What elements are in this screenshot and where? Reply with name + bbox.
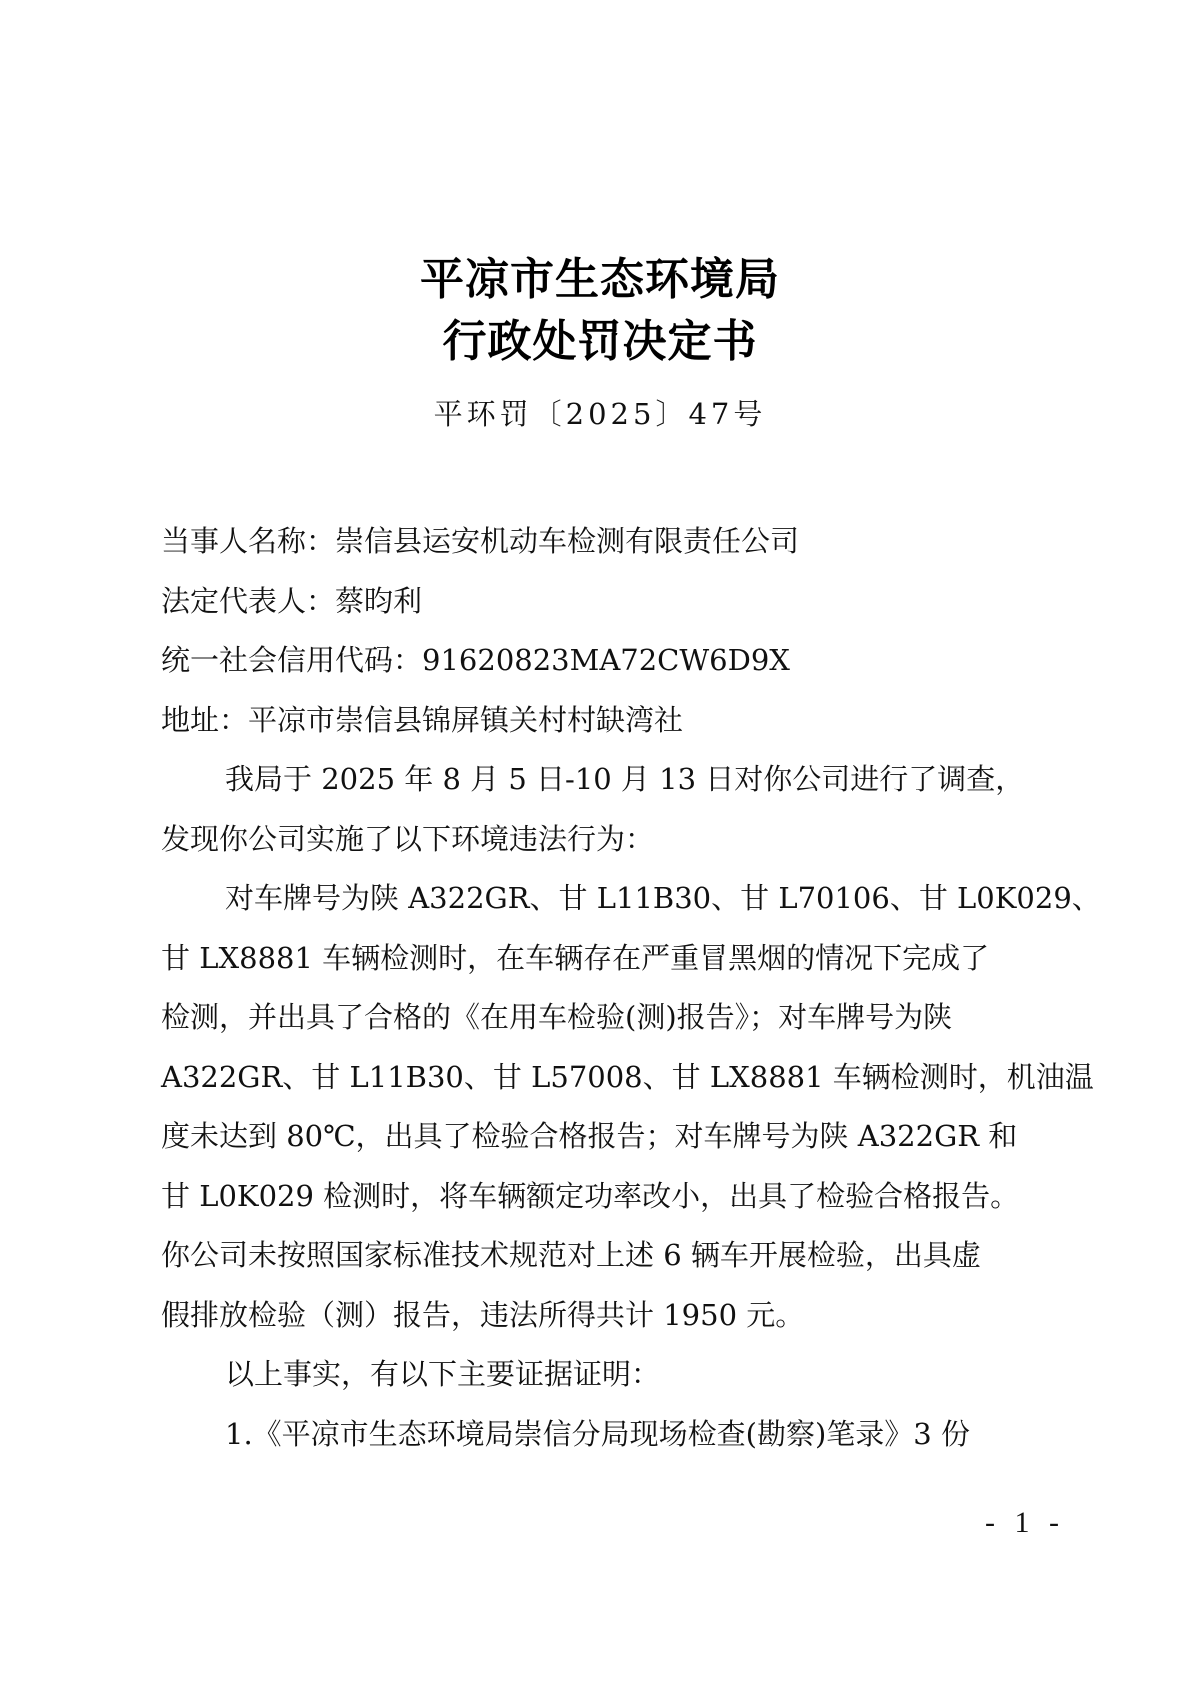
party-name-label: 当事人名称： [161, 524, 335, 558]
address-value: 平凉市崇信县锦屏镇关村村缺湾社 [248, 703, 683, 737]
legal-rep-row: 法定代表人：蔡昀利 [161, 572, 1050, 632]
address-label: 地址： [161, 703, 248, 737]
paragraph-line: 我局于 2025 年 8 月 5 日-10 月 13 日对你公司进行了调查， [161, 750, 1050, 810]
paragraph-line: 发现你公司实施了以下环境违法行为： [161, 810, 1050, 870]
page-title-agency: 平凉市生态环境局 [0, 250, 1200, 310]
address-row: 地址：平凉市崇信县锦屏镇关村村缺湾社 [161, 691, 1050, 751]
evidence-item: 1.《平凉市生态环境局崇信分局现场检查(勘察)笔录》3 份 [161, 1405, 1050, 1465]
legal-rep-value: 蔡昀利 [335, 584, 422, 618]
document-body: 当事人名称：崇信县运安机动车检测有限责任公司 法定代表人：蔡昀利 统一社会信用代… [161, 512, 1050, 1464]
party-name-row: 当事人名称：崇信县运安机动车检测有限责任公司 [161, 512, 1050, 572]
party-name-value: 崇信县运安机动车检测有限责任公司 [335, 524, 799, 558]
page-number: - 1 - [985, 1506, 1065, 1540]
paragraph-line: 度未达到 80℃，出具了检验合格报告；对车牌号为陕 A322GR 和 [161, 1107, 1050, 1167]
document-number: 平环罚〔2025〕47号 [0, 392, 1200, 433]
credit-code-row: 统一社会信用代码：91620823MA72CW6D9X [161, 631, 1050, 691]
credit-code-value: 91620823MA72CW6D9X [422, 643, 790, 677]
paragraph-line: 你公司未按照国家标准技术规范对上述 6 辆车开展检验，出具虚 [161, 1226, 1050, 1286]
credit-code-label: 统一社会信用代码： [161, 643, 422, 677]
paragraph-line: 假排放检验（测）报告，违法所得共计 1950 元。 [161, 1286, 1050, 1346]
paragraph-line: 甘 L0K029 检测时，将车辆额定功率改小，出具了检验合格报告。 [161, 1167, 1050, 1227]
page-title-document-type: 行政处罚决定书 [0, 312, 1200, 372]
paragraph-line: 甘 LX8881 车辆检测时，在车辆存在严重冒黑烟的情况下完成了 [161, 929, 1050, 989]
paragraph-line: 对车牌号为陕 A322GR、甘 L11B30、甘 L70106、甘 L0K029… [161, 869, 1050, 929]
paragraph-line: 检测，并出具了合格的《在用车检验(测)报告》；对车牌号为陕 [161, 988, 1050, 1048]
paragraph-line: A322GR、甘 L11B30、甘 L57008、甘 LX8881 车辆检测时，… [161, 1048, 1050, 1108]
document-page: 平凉市生态环境局 行政处罚决定书 平环罚〔2025〕47号 当事人名称：崇信县运… [0, 0, 1200, 1696]
paragraph-line: 以上事实，有以下主要证据证明： [161, 1345, 1050, 1405]
legal-rep-label: 法定代表人： [161, 584, 335, 618]
